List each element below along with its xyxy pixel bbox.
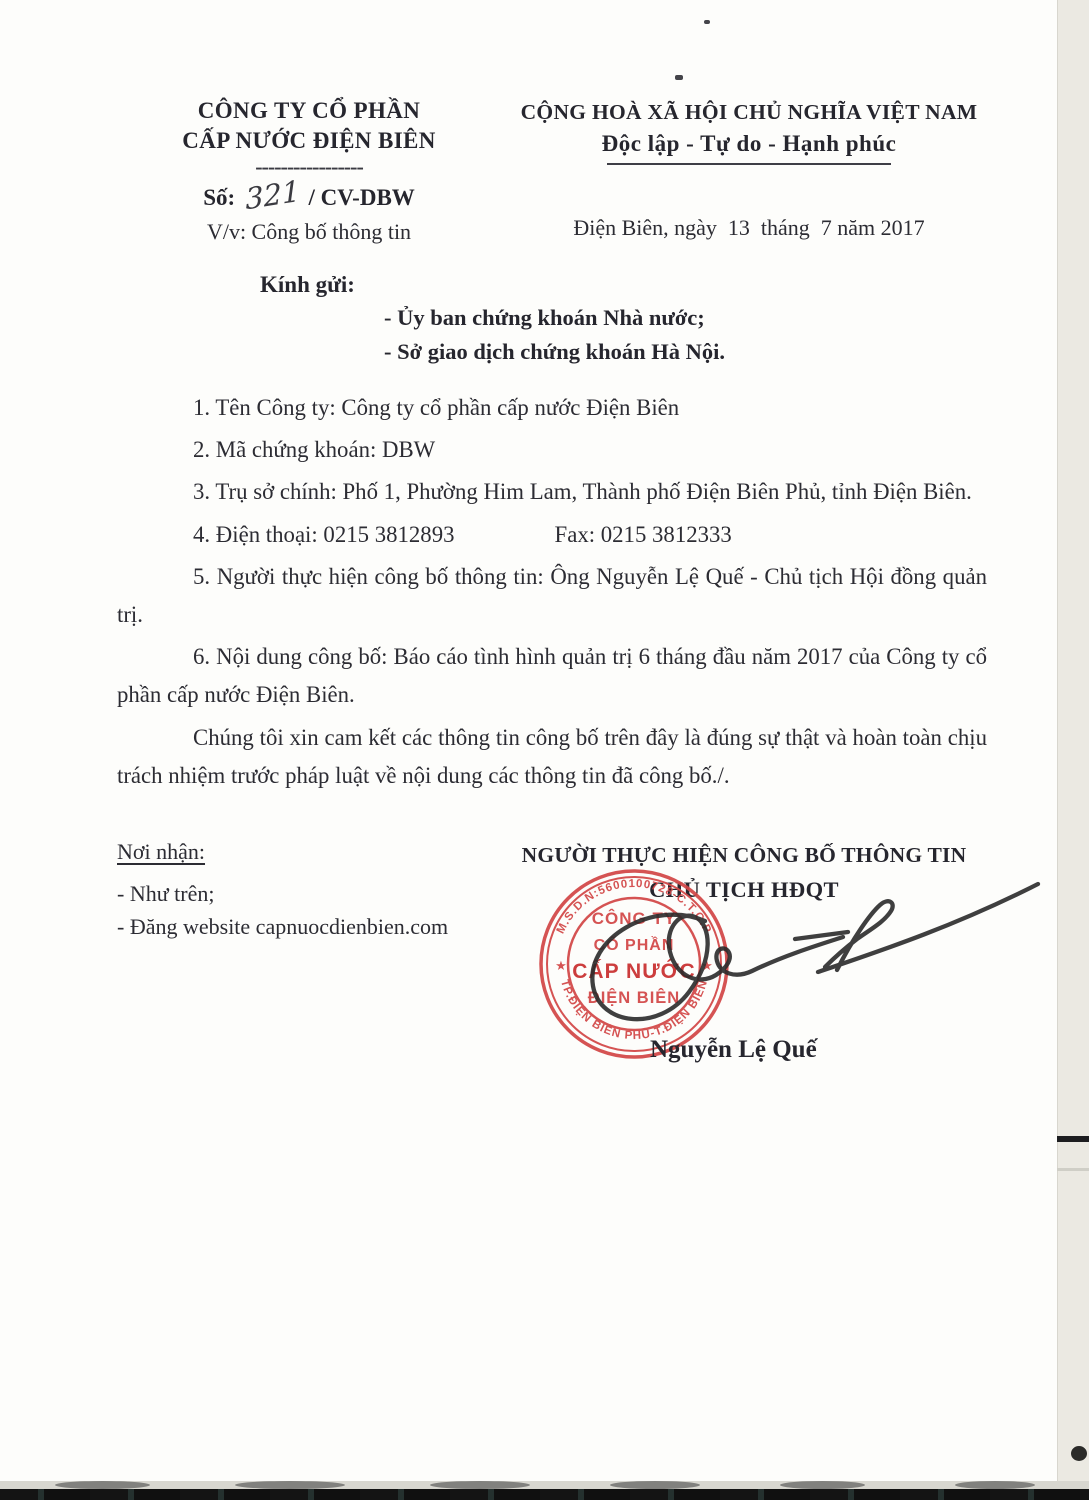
scan-smudge [235,1481,345,1489]
scan-speck [675,75,683,80]
scan-edge-faint-line [1057,1168,1089,1171]
noi-nhan-title: Nơi nhận: [117,835,448,868]
document-number-line: Số:321/ CV-DBW [146,178,472,218]
body-item-discloser: 5. Người thực hiện công bố thông tin: Ôn… [117,558,987,634]
scan-smudge [430,1481,530,1489]
national-motto: Độc lập - Tự do - Hạnh phúc [466,131,1032,157]
scan-smudge [610,1481,700,1489]
recipient-item: - Sở giao dịch chứng khoán Hà Nội. [384,335,725,369]
ref-suffix: / CV-DBW [309,185,415,210]
body-item-address: 3. Trụ sở chính: Phố 1, Phường Him Lam, … [117,473,987,511]
national-motto-block: CỘNG HOÀ XÃ HỘI CHỦ NGHĨA VIỆT NAM Độc l… [466,100,1032,241]
ref-label: Số: [203,185,235,210]
noi-nhan-block: Nơi nhận: - Như trên; - Đăng website cap… [117,835,448,943]
scan-edge-right [1057,0,1089,1486]
recipient-item: - Ủy ban chứng khoán Nhà nước; [384,301,725,335]
national-title: CỘNG HOÀ XÃ HỘI CHỦ NGHĨA VIỆT NAM [466,100,1032,125]
company-name-line1: CÔNG TY CỔ PHẦN [146,96,472,126]
fax-value: Fax: 0215 3812333 [555,522,732,547]
recipient-list: - Ủy ban chứng khoán Nhà nước; - Sở giao… [384,301,725,368]
document-body: 1. Tên Công ty: Công ty cổ phần cấp nước… [117,389,987,799]
handwritten-number: 321 [245,174,301,217]
scan-smudge [955,1481,1035,1489]
company-name-line2: CẤP NƯỚC ĐIỆN BIÊN [146,126,472,156]
scan-edge-blob [1071,1446,1087,1461]
body-commitment: Chúng tôi xin cam kết các thông tin công… [117,719,987,795]
body-item-phone-fax: 4. Điện thoại: 0215 3812893Fax: 0215 381… [117,516,987,554]
signature-role-line1: NGƯỜI THỰC HIỆN CÔNG BỐ THÔNG TIN [505,843,983,868]
scan-bottom-shadow [0,1481,1089,1489]
body-item-content: 6. Nội dung công bố: Báo cáo tình hình q… [117,638,987,714]
motto-underline [607,163,891,165]
noi-nhan-item: - Đăng website capnuocdienbien.com [117,910,448,943]
noi-nhan-item: - Như trên; [117,877,448,910]
paper: CÔNG TY CỔ PHẦN CẤP NƯỚC ĐIỆN BIÊN -----… [0,0,1057,1486]
scanned-document-page: CÔNG TY CỔ PHẦN CẤP NƯỚC ĐIỆN BIÊN -----… [0,0,1089,1500]
body-item-company: 1. Tên Công ty: Công ty cổ phần cấp nước… [117,389,987,427]
issuer-block: CÔNG TY CỔ PHẦN CẤP NƯỚC ĐIỆN BIÊN -----… [146,96,472,245]
salutation: Kính gửi: [260,272,355,298]
scan-smudge [780,1481,865,1489]
body-item-ticker: 2. Mã chứng khoán: DBW [117,431,987,469]
scan-speck [704,20,710,24]
scan-edge-dark-line [1057,1136,1089,1142]
scan-smudge [55,1481,150,1489]
document-subject: V/v: Công bố thông tin [146,219,472,245]
header-divider: ----------------- [146,159,472,175]
signer-name: Nguyễn Lệ Quế [650,1036,817,1064]
phone-value: 4. Điện thoại: 0215 3812893 [193,522,455,547]
place-date-line: Điện Biên, ngày 13 tháng 7 năm 2017 [466,215,1032,241]
scan-edge-bottom [0,1489,1089,1500]
